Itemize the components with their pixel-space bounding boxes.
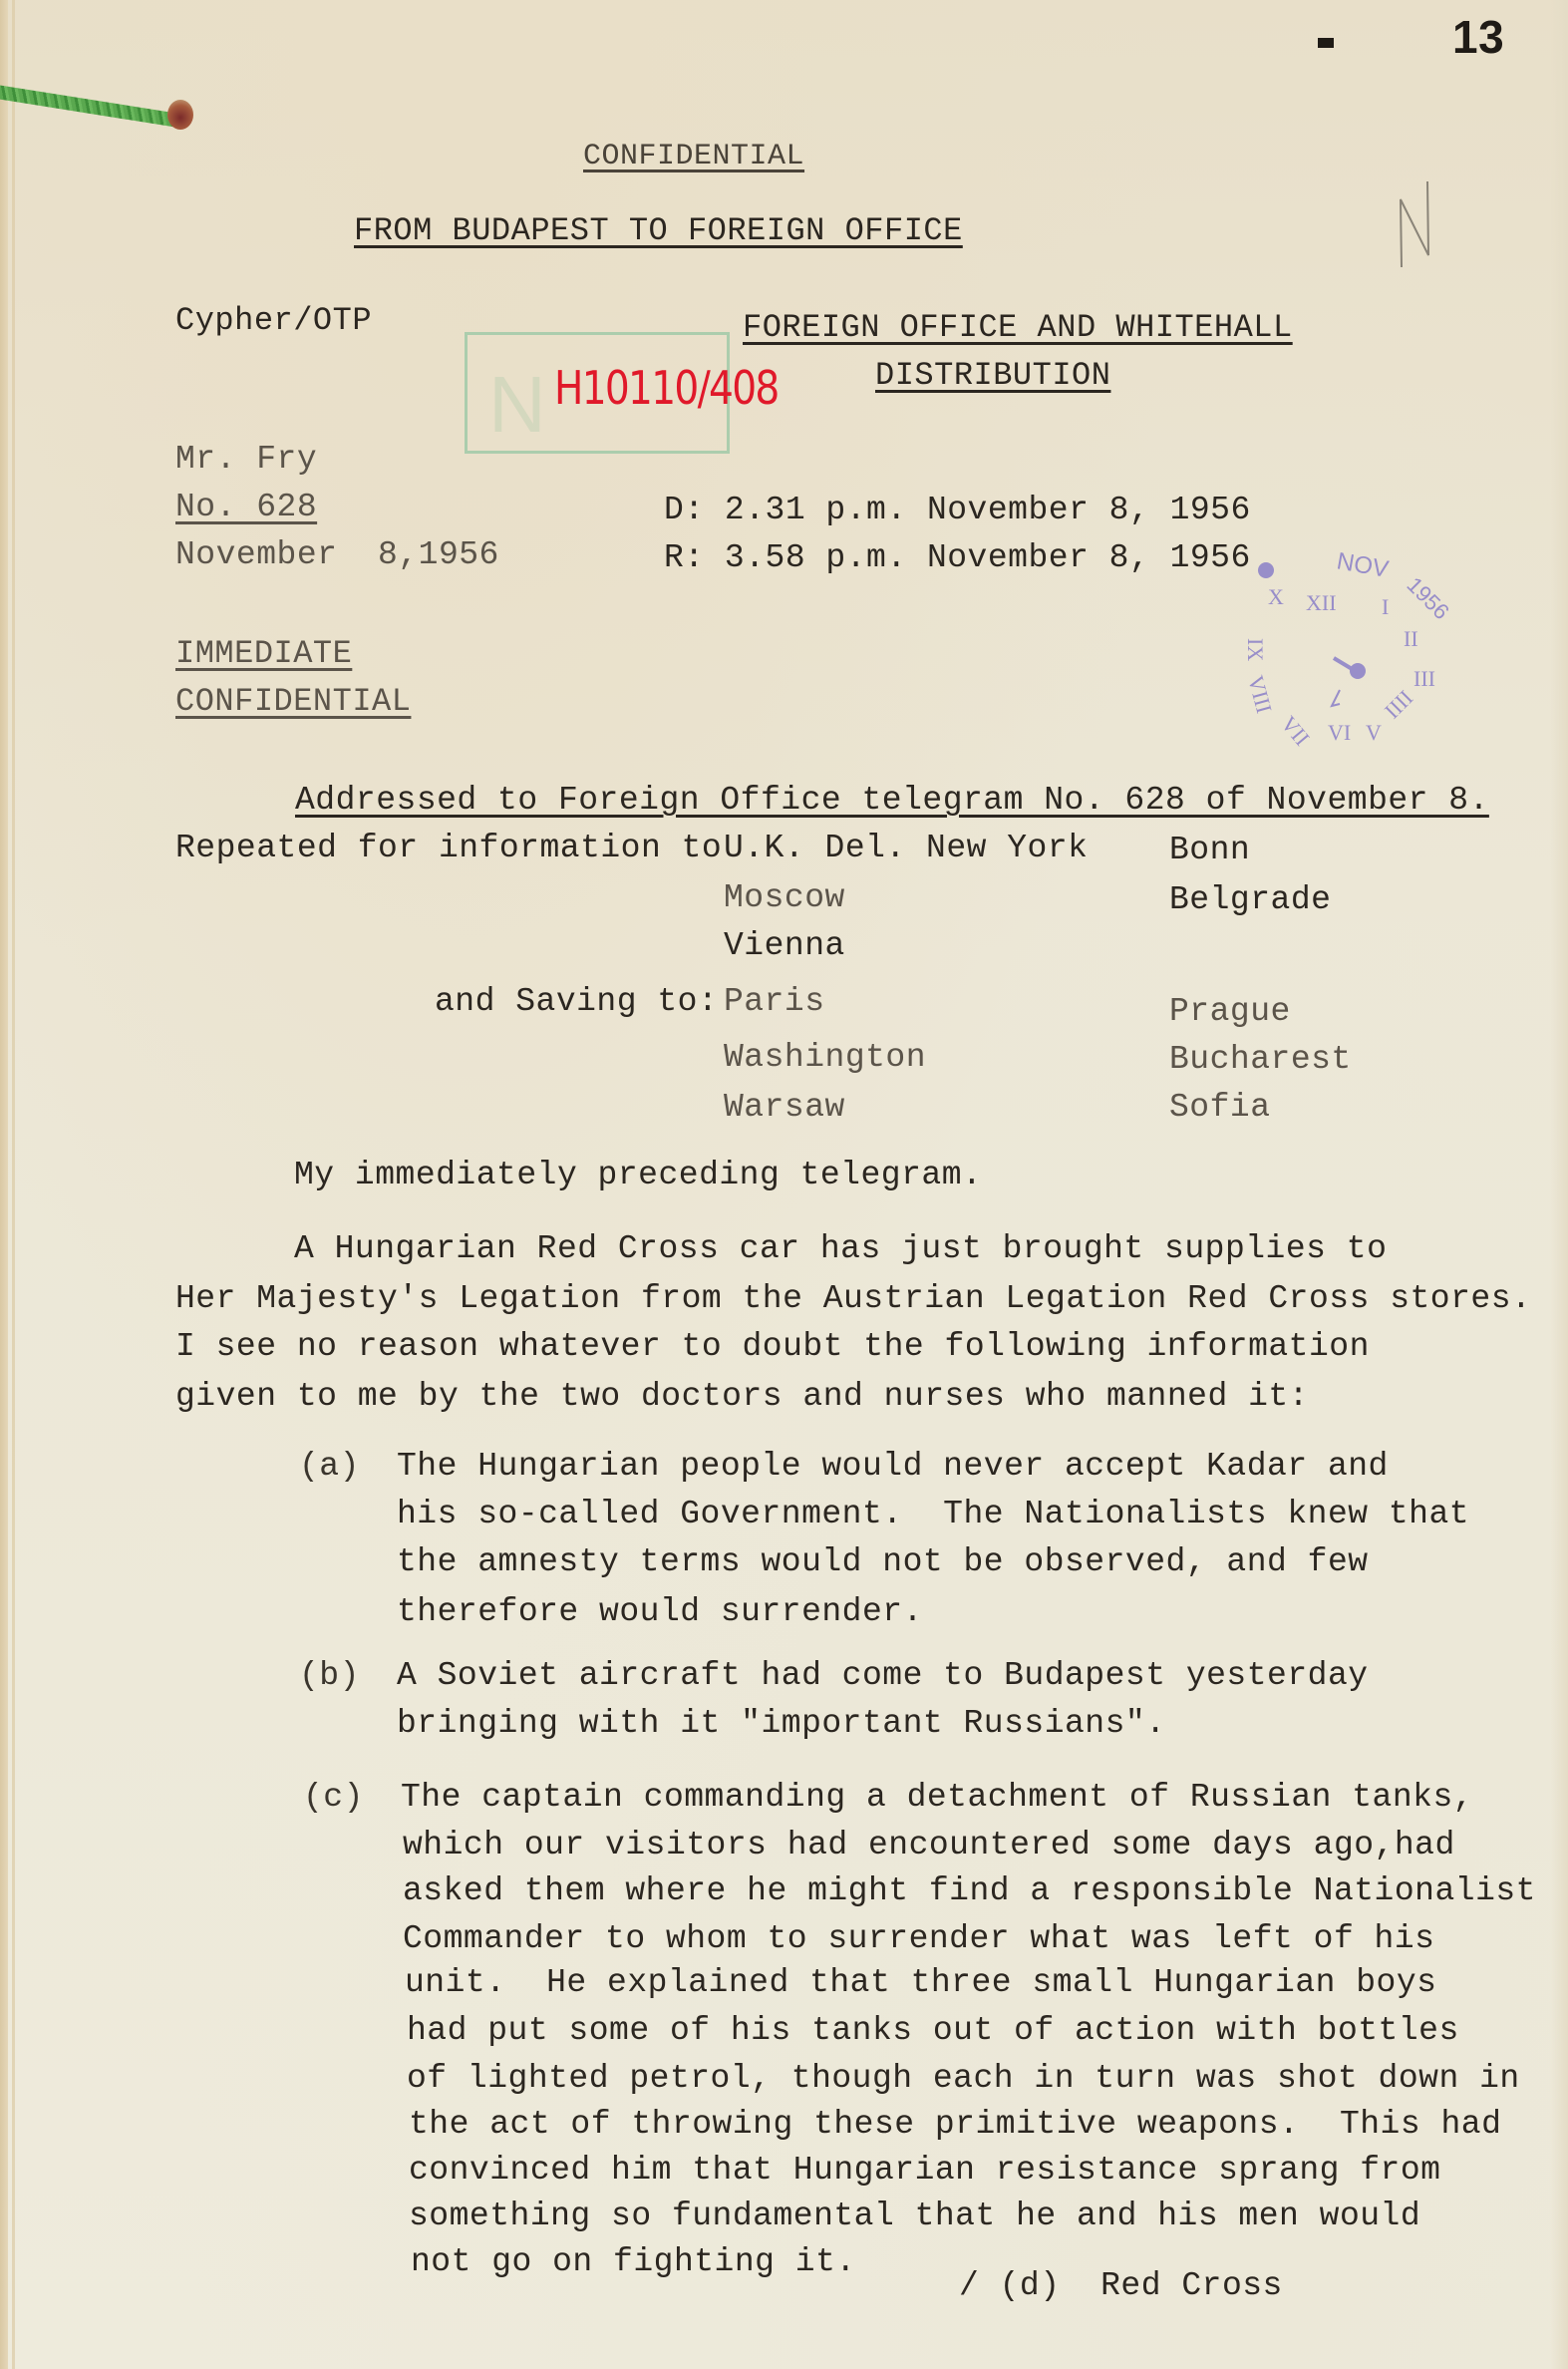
file-reference: H10110/408 (554, 361, 779, 415)
svg-text:IX: IX (1243, 638, 1268, 661)
item-line: therefore would surrender. (397, 1595, 923, 1628)
page-edge-shadow (12, 0, 15, 2369)
item-line: which our visitors had encountered some … (403, 1829, 1455, 1861)
svg-text:NOV: NOV (1335, 547, 1391, 583)
svg-text:III: III (1413, 666, 1435, 691)
page-edge-right (1550, 0, 1568, 2369)
paragraph-line: I see no reason whatever to doubt the fo… (175, 1330, 1370, 1363)
pencil-n-mark-icon (1399, 179, 1432, 269)
repeated-recipient: Vienna (724, 929, 845, 962)
despatch-time: D: 2.31 p.m. November 8, 1956 (664, 494, 1251, 526)
repeated-recipient: Moscow (724, 881, 845, 914)
item-line: not go on fighting it. (411, 2245, 856, 2278)
item-label: (a) (299, 1450, 360, 1483)
paragraph-line: given to me by the two doctors and nurse… (175, 1380, 1309, 1413)
svg-text:VI: VI (1328, 720, 1351, 745)
intro-line: My immediately preceding telegram. (294, 1159, 982, 1191)
saving-recipient: Bucharest (1169, 1043, 1352, 1076)
item-line: of lighted petrol, though each in turn w… (407, 2062, 1520, 2095)
item-line: something so fundamental that he and his… (409, 2200, 1420, 2232)
receipt-time: R: 3.58 p.m. November 8, 1956 (664, 541, 1251, 574)
saving-recipient: Washington (724, 1041, 926, 1074)
item-line: his so-called Government. The Nationalis… (397, 1498, 1469, 1530)
saving-recipient: Warsaw (724, 1091, 845, 1124)
route-heading: FROM BUDAPEST TO FOREIGN OFFICE (354, 215, 963, 247)
repeated-recipient: Belgrade (1169, 883, 1331, 916)
page-number: 13 (1452, 14, 1504, 60)
saving-recipient: Paris (724, 985, 825, 1018)
item-line: the amnesty terms would not be observed,… (397, 1545, 1369, 1578)
item-line: The captain commanding a detachment of R… (401, 1781, 1473, 1814)
saving-recipient: Prague (1169, 995, 1291, 1028)
telegram-date: November 8,1956 (175, 538, 499, 571)
item-line: asked them where he might find a respons… (403, 1874, 1536, 1907)
item-label: (c) (303, 1781, 364, 1814)
svg-text:IIII: IIII (1380, 685, 1417, 723)
classification-heading: CONFIDENTIAL (583, 142, 804, 171)
document-page: 13 CONFIDENTIAL FROM BUDAPEST TO FOREIGN… (0, 0, 1568, 2369)
item-line: bringing with it "important Russians". (397, 1707, 1166, 1740)
registry-stamp-ghost-letter: N (488, 359, 546, 451)
continuation-catchword: / (d) Red Cross (959, 2269, 1283, 2302)
cypher-label: Cypher/OTP (175, 305, 372, 337)
paragraph-line: A Hungarian Red Cross car has just broug… (294, 1232, 1387, 1265)
item-line: had put some of his tanks out of action … (407, 2014, 1459, 2047)
svg-text:VIII: VIII (1243, 673, 1277, 716)
page-mark-icon (1318, 38, 1334, 48)
registry-date-stamp-icon: NOV 1956 XII I II III IIII V VI VII VIII… (1236, 528, 1455, 748)
svg-text:X: X (1268, 584, 1284, 609)
svg-text:I: I (1382, 594, 1389, 619)
svg-text:1956: 1956 (1402, 572, 1453, 624)
repeated-recipient: Bonn (1169, 834, 1250, 866)
repeated-label: Repeated for information to (175, 832, 722, 864)
page-edge (0, 0, 8, 2369)
item-line: Commander to whom to surrender what was … (403, 1922, 1434, 1955)
item-line: A Soviet aircraft had come to Budapest y… (397, 1659, 1369, 1692)
item-line: The Hungarian people would never accept … (397, 1450, 1389, 1483)
treasury-tag-string-icon (0, 84, 188, 129)
svg-text:V: V (1366, 720, 1382, 745)
item-line: unit. He explained that three small Hung… (405, 1966, 1436, 1999)
repeated-recipient: U.K. Del. New York (724, 832, 1088, 864)
distribution-heading-line2: DISTRIBUTION (875, 360, 1110, 392)
saving-label: and Saving to: (435, 985, 718, 1018)
item-label: (b) (299, 1659, 360, 1692)
item-line: the act of throwing these primitive weap… (409, 2108, 1501, 2141)
sender: Mr. Fry (175, 443, 317, 476)
distribution-heading-line1: FOREIGN OFFICE AND WHITEHALL (743, 312, 1293, 344)
svg-text:XII: XII (1306, 590, 1337, 615)
addressed-line: Addressed to Foreign Office telegram No.… (295, 784, 1489, 817)
svg-text:VII: VII (1276, 711, 1315, 748)
classification-label: CONFIDENTIAL (175, 686, 411, 718)
paragraph-line: Her Majesty's Legation from the Austrian… (175, 1282, 1531, 1315)
svg-text:II: II (1404, 626, 1418, 651)
punch-hole-icon (167, 100, 193, 130)
item-line: convinced him that Hungarian resistance … (409, 2154, 1440, 2187)
saving-recipient: Sofia (1169, 1091, 1271, 1124)
telegram-number: No. 628 (175, 491, 317, 523)
priority-label: IMMEDIATE (175, 638, 352, 670)
